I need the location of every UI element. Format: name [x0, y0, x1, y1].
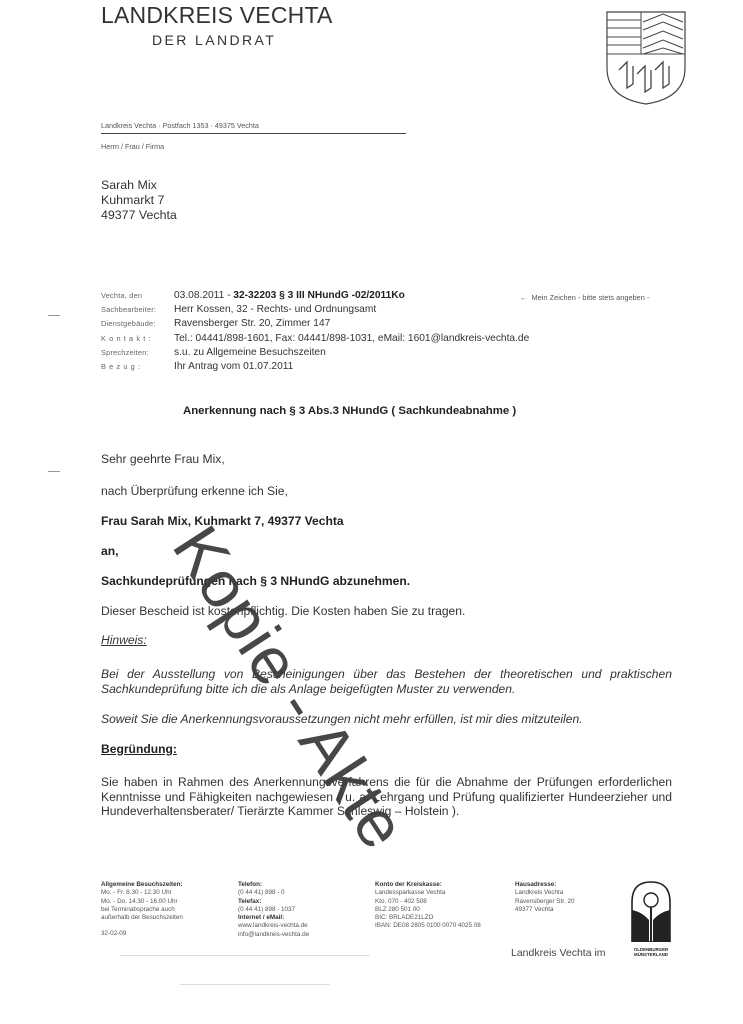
clerk-row: Sachbearbeiter: Herr Kossen, 32 - Rechts…	[101, 303, 529, 317]
footer-bank-account: Konto der Kreiskasse: Landessparkasse Ve…	[375, 881, 481, 931]
intro-text: nach Überprüfung erkenne ich Sie,	[101, 484, 672, 499]
recognized-person: Frau Sarah Mix, Kuhmarkt 7, 49377 Vechta	[101, 514, 672, 529]
date-row: Vechta, den 03.08.2011 - 32-32203 § 3 II…	[101, 289, 529, 303]
building-label: Dienstgebäude:	[101, 317, 174, 331]
file-reference: 32-32203 § 3 III NHundG -02/2011Ko	[233, 290, 405, 301]
hours-label: Sprechzeiten:	[101, 346, 174, 360]
coat-of-arms-icon	[605, 10, 687, 106]
building-row: Dienstgebäude: Ravensberger Str. 20, Zim…	[101, 317, 529, 331]
note-paragraph-2: Soweit Sie die Anerkennungsvoraussetzung…	[101, 712, 672, 727]
oldenburger-muensterland-logo: OLDENBURGER MÜNSTERLAND	[630, 880, 672, 956]
reference-hint: ← Mein Zeichen - bitte stets angeben -	[520, 293, 649, 302]
date-label: Vechta, den	[101, 289, 174, 303]
building-value: Ravensberger Str. 20, Zimmer 147	[174, 317, 330, 331]
contact-row: Kontakt: Tel.: 04441/898-1601, Fax: 0444…	[101, 332, 529, 346]
costs-text: Dieser Bescheid ist kostenpflichtig. Die…	[101, 604, 672, 619]
contact-value: Tel.: 04441/898-1601, Fax: 04441/898-103…	[174, 332, 529, 346]
hours-value: s.u. zu Allgemeine Besuchszeiten	[174, 346, 326, 360]
letter-date: 03.08.2011	[174, 290, 224, 301]
region-logo-icon	[630, 880, 672, 942]
letter-subject: Anerkennung nach § 3 Abs.3 NHundG ( Sach…	[183, 405, 516, 417]
recipient-name: Sarah Mix	[101, 178, 177, 193]
recipient-city: 49377 Vechta	[101, 208, 177, 223]
authority-subtitle: DER LANDRAT	[152, 33, 276, 47]
sender-return-address: Landkreis Vechta · Postfach 1353 · 49375…	[101, 121, 406, 134]
regarding-row: Bezug: Ihr Antrag vom 01.07.2011	[101, 360, 529, 374]
note-heading: Hinweis:	[101, 633, 672, 648]
regarding-label: Bezug:	[101, 360, 174, 374]
footer-code: 32-02-09	[101, 930, 183, 938]
hours-row: Sprechzeiten: s.u. zu Allgemeine Besuchs…	[101, 346, 529, 360]
clerk-value: Herr Kossen, 32 - Rechts- und Ordnungsam…	[174, 303, 376, 317]
footer-website-link[interactable]: www.landkreis-vechta.de	[238, 922, 309, 930]
footer-visiting-hours: Allgemeine Besuchszeiten: Mo. - Fr. 8.30…	[101, 881, 183, 939]
recipient-address: Sarah Mix Kuhmarkt 7 49377 Vechta	[101, 178, 177, 223]
authority-title: LANDKREIS VECHTA	[101, 4, 333, 27]
salutation: Sehr geehrte Frau Mix,	[101, 452, 672, 467]
purpose-text: Sachkundeprüfungen nach § 3 NHundG abzun…	[101, 574, 672, 589]
an-text: an,	[101, 544, 672, 559]
note-paragraph-1: Bei der Ausstellung von Bescheinigungen …	[101, 667, 672, 696]
clerk-label: Sachbearbeiter:	[101, 303, 174, 317]
regarding-value: Ihr Antrag vom 01.07.2011	[174, 360, 293, 374]
reason-heading: Begründung:	[101, 742, 672, 757]
scan-artifact	[120, 955, 370, 956]
contact-label: Kontakt:	[101, 332, 174, 346]
arrow-left-icon: ←	[520, 293, 527, 302]
fold-mark	[48, 315, 60, 316]
reason-paragraph: Sie haben in Rahmen des Anerkennungsverf…	[101, 775, 672, 819]
recipient-street: Kuhmarkt 7	[101, 193, 177, 208]
recipient-label: Herrn / Frau / Firma	[101, 142, 164, 151]
footer-slogan: Landkreis Vechta im	[511, 947, 606, 959]
scan-artifact	[180, 984, 330, 985]
footer-house-address: Hausadresse: Landkreis Vechta Ravensberg…	[515, 881, 575, 914]
footer-contact: Telefon: (0 44 41) 898 - 0 Telefax: (0 4…	[238, 881, 309, 939]
footer-email-link[interactable]: info@landkreis-vechta.de	[238, 931, 309, 939]
reference-block: Vechta, den 03.08.2011 - 32-32203 § 3 II…	[101, 289, 529, 374]
punch-mark	[48, 471, 60, 472]
